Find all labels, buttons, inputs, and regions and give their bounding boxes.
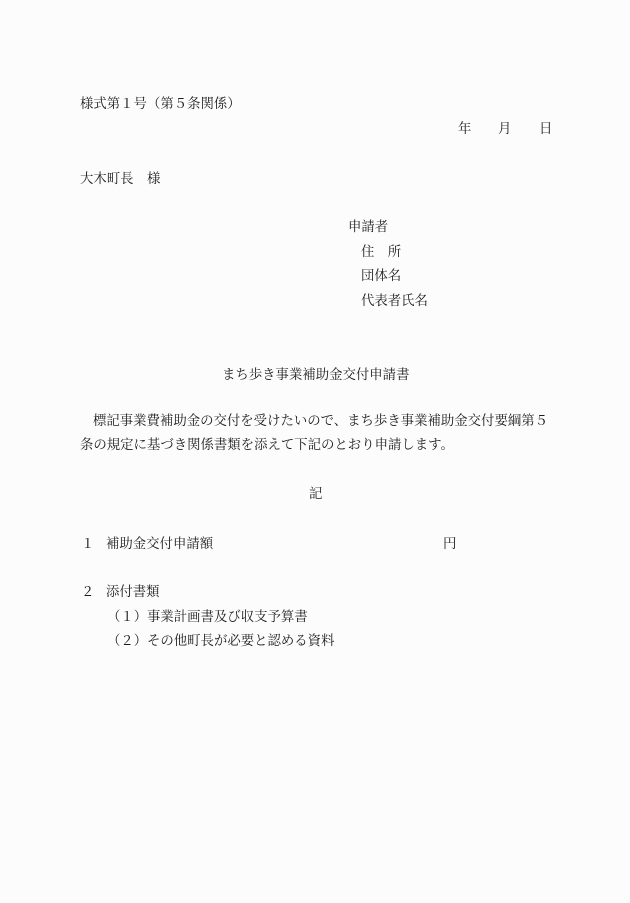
- sub-item-2-label: その他町長が必要と認める資料: [147, 634, 334, 650]
- document-page: 様式第１号（第５条関係） 年 月 日 大木町長 様 申請者 住 所 団体名 代表…: [0, 0, 630, 903]
- addressee: 大木町長 様: [80, 172, 160, 188]
- sub-item-1-label: 事業計画書及び収支予算書: [147, 610, 308, 626]
- item-1-unit: 円: [443, 537, 456, 553]
- sub-item-1-number: （１）: [107, 610, 147, 626]
- item-1-label: 補助金交付申請額: [106, 537, 213, 553]
- sub-item-2-number: （２）: [107, 634, 147, 650]
- item-2-label: 添付書類: [106, 585, 160, 601]
- item-1-number: １: [81, 537, 94, 553]
- date-month-label: 月: [498, 122, 511, 138]
- body-line-1: 標記事業費補助金の交付を受けたいので、まち歩き事業補助金交付要綱第５: [93, 414, 548, 430]
- applicant-representative-label: 代表者氏名: [361, 294, 428, 310]
- applicant-address-label: 住 所: [361, 245, 401, 261]
- document-title: まち歩き事業補助金交付申請書: [222, 368, 409, 384]
- applicant-heading: 申請者: [348, 220, 388, 236]
- applicant-organization-label: 団体名: [361, 269, 401, 285]
- ki-heading: 記: [309, 487, 322, 503]
- date-year-label: 年: [458, 122, 471, 138]
- form-number: 様式第１号（第５条関係）: [80, 97, 241, 113]
- body-line-2: 条の規定に基づき関係書類を添えて下記のとおり申請します。: [80, 438, 454, 454]
- date-day-label: 日: [539, 122, 552, 138]
- item-2-number: ２: [81, 585, 94, 601]
